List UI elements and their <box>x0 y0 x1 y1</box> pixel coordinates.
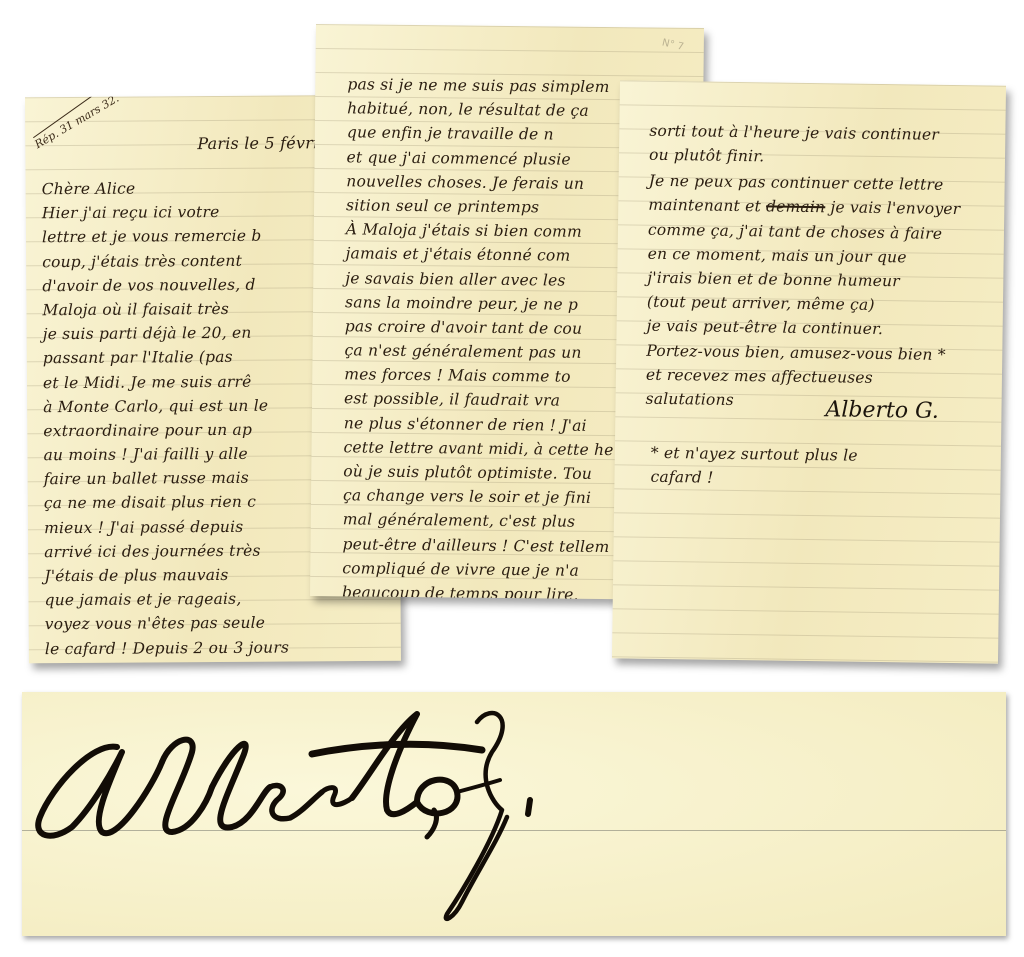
handwritten-line: Hier j'ai reçu ici votre <box>42 200 308 226</box>
handwritten-line: ça ne me disait plus rien c <box>44 490 310 516</box>
handwritten-line: lettre et je vous remercie b <box>42 224 308 250</box>
handwritten-line: cette lettre avant midi, à cette he <box>343 435 613 462</box>
struck-word: demain <box>766 198 825 217</box>
handwritten-line: pas si je ne me suis pas simplem <box>347 72 617 99</box>
handwritten-line: mieux ! J'ai passé depuis <box>44 514 310 540</box>
page3-body: sorti tout à l'heure je vais continuerou… <box>648 119 961 198</box>
handwritten-line: voyez vous n'êtes pas seule <box>45 611 311 637</box>
handwritten-line: À Maloja j'étais si bien comm <box>346 217 616 244</box>
page1-body: Chère AliceHier j'ai reçu ici votrelettr… <box>42 175 311 663</box>
page3-top-lines: sorti tout à l'heure je vais continuerou… <box>649 119 961 148</box>
handwritten-line: ça n'est généralement pas un <box>344 338 614 365</box>
handwritten-line: le cafard ! Depuis 2 ou 3 jours <box>45 635 311 661</box>
handwritten-line: ça change vers le soir et je fini <box>343 483 613 510</box>
dateline: Paris le 5 févrie <box>197 131 328 156</box>
handwritten-line: mal généralement, c'est plus <box>343 508 613 535</box>
letter-page-3: sorti tout à l'heure je vais continuerou… <box>612 80 1006 663</box>
handwritten-line: et que j'ai commencé plusie <box>346 145 616 172</box>
handwritten-line: faire un ballet russe mais <box>44 466 310 492</box>
handwritten-line: maintenant et demain je vais l'envoyer <box>648 193 960 222</box>
handwritten-line: cafard ! <box>650 465 857 492</box>
handwritten-line: au moins ! J'ai failli y alle <box>43 441 309 467</box>
handwritten-line: Maloja où il faisait très <box>42 296 308 322</box>
handwritten-line: extraordinaire pour un ap <box>43 417 309 443</box>
handwritten-line: nouvelles choses. Je ferais un <box>346 169 616 196</box>
handwritten-line: passant par l'Italie (pas <box>43 345 309 371</box>
postscript: * et n'ayez surtout plus lecafard ! <box>650 441 857 492</box>
handwritten-line: et le Midi. Je me suis arrê <box>43 369 309 395</box>
handwritten-line: peut-être d'ailleurs ! C'est tellem <box>342 532 612 559</box>
handwritten-line: où je suis plutôt optimiste. Tou <box>343 459 613 486</box>
handwritten-line: je suis parti déjà le 20, en <box>43 320 309 346</box>
handwritten-line: habitué, non, le résultat de ça <box>347 97 617 124</box>
letter-signature: Alberto G. <box>825 397 939 424</box>
handwritten-line: sans la moindre peur, je ne p <box>345 290 615 317</box>
handwritten-line: coup, j'étais très content <box>42 248 308 274</box>
handwritten-line: ne plus s'étonner de rien ! J'ai <box>344 411 614 438</box>
handwritten-line: pas croire d'avoir tant de cou <box>345 314 615 341</box>
pencil-note: N° 7 <box>661 37 685 53</box>
signature-detail-panel: Alberto G. <box>22 692 1006 936</box>
handwritten-line: jamais et j'étais étonné com <box>345 242 615 269</box>
page3-main-lines: Je ne peux pas continuer cette lettremai… <box>648 169 960 198</box>
handwritten-line: Chère Alice <box>42 175 308 201</box>
handwritten-line: à Monte Carlo, qui est un le <box>43 393 309 419</box>
reply-annotation: Rép. 31 mars 32. <box>32 95 121 151</box>
handwritten-line: arrivé ici des journées très <box>44 538 310 564</box>
signature-glyph: Alberto G. <box>22 692 1006 936</box>
page2-body: pas si je ne me suis pas simplemhabitué,… <box>342 72 618 600</box>
handwritten-line: je vais peut-être la continuer. <box>646 314 958 343</box>
handwritten-line: compliqué de vivre que je n'a <box>342 556 612 583</box>
handwritten-line: que jamais et je rageais, <box>44 587 310 613</box>
handwritten-line: est possible, il faudrait vra <box>344 387 614 414</box>
handwritten-line: J'étais de plus mauvais <box>44 562 310 588</box>
handwritten-line: mes forces ! Mais comme to <box>344 363 614 390</box>
handwritten-line: d'avoir de vos nouvelles, d <box>42 272 308 298</box>
handwritten-line: je savais bien aller avec les <box>345 266 615 293</box>
handwritten-line: que enfin je travaille de n <box>347 121 617 148</box>
handwritten-line: sition seul ce printemps <box>346 193 616 220</box>
handwritten-line: * et n'ayez surtout plus le <box>651 441 858 468</box>
